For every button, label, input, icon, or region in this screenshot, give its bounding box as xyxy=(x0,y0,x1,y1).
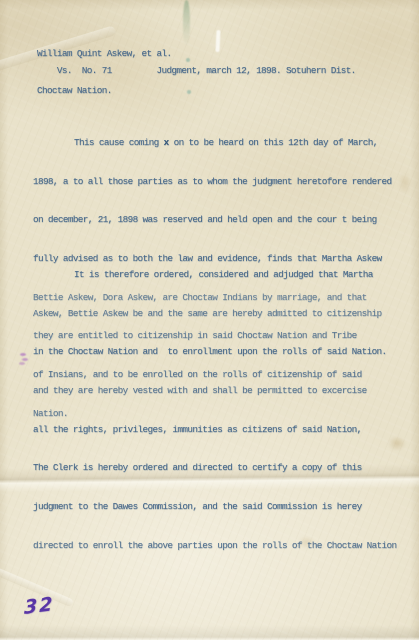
judgment-paragraph-order: It is therefore ordered, considered and … xyxy=(33,245,396,577)
typed-text: on to be heard on this 12th day of March… xyxy=(169,137,378,148)
green-stain xyxy=(183,0,190,46)
typed-line: The Clerk is hereby ordered and directed… xyxy=(33,460,396,477)
case-jurisdiction-line: Choctaw Nation. xyxy=(37,86,112,96)
typed-line: Askew, Bettie Askew be and the same are … xyxy=(33,306,396,323)
teal-speck xyxy=(187,90,191,94)
typed-line: judgment to the Dawes Commission, and th… xyxy=(33,499,396,516)
handwritten-page-number: 32 xyxy=(24,593,55,619)
typed-line: in the Choctaw Nation and to enrollment … xyxy=(33,344,396,361)
document-page: William Quint Askew, et al. Vs. No. 71 J… xyxy=(0,0,419,640)
typed-line: on december, 21, 1898 was reserved and h… xyxy=(33,212,392,229)
white-scratch xyxy=(215,30,220,52)
typed-line: It is therefore ordered, considered and … xyxy=(33,267,396,284)
typed-line: directed to enroll the above parties upo… xyxy=(33,538,396,555)
typed-line: and they are hereby vested with and shal… xyxy=(33,383,396,400)
case-number-judgment-line: Vs. No. 71 Judgment, march 12, 1898. Sot… xyxy=(37,66,356,76)
typed-text: This cause coming xyxy=(74,137,164,148)
case-parties-line: William Quint Askew, et al. xyxy=(37,49,171,59)
tan-stain xyxy=(398,172,412,194)
teal-speck xyxy=(186,58,190,62)
typed-line: 1898, a to all those parties as to whom … xyxy=(33,174,392,191)
purple-ink-smudge xyxy=(20,353,26,356)
typed-line: This cause coming x on to be heard on th… xyxy=(33,135,392,152)
typed-line: all the rights, privileges, immunities a… xyxy=(33,422,396,439)
